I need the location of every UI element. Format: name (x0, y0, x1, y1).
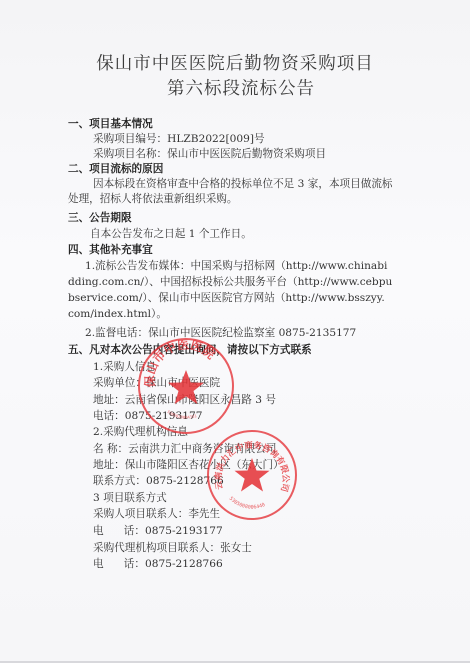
failure-reason-line-2: 处理，招标人将依法重新组织采购。 (68, 192, 238, 207)
purchaser-contact-person: 采购人项目联系人：李先生 (93, 507, 220, 522)
section-3-heading: 三、公告期限 (68, 211, 132, 226)
agency-name: 名 称：云南洪力汇中商务咨询有限公司 (93, 442, 276, 457)
media-line-2: dding.com.cn/）、中国招标投标公共服务平台（http://www.c… (68, 275, 392, 290)
purchaser-address: 地址：云南省保山市隆阳区永昌路 3 号 (93, 393, 276, 408)
section-2-heading: 二、项目流标的原因 (68, 162, 163, 177)
agency-address: 地址：保山市隆阳区杏花小区（东大门） (93, 458, 284, 473)
purchaser-phone: 电话：0875-2193177 (93, 409, 203, 424)
document-title-line-1: 保山市中医医院后勤物资采购项目 (0, 50, 470, 75)
purchaser-unit: 采购单位：保山市中医医院 (93, 376, 220, 391)
purchaser-contact-phone: 电 话：0875-2193177 (93, 524, 223, 539)
document-page: 保山市中医医院后勤物资采购项目 第六标段流标公告 一、项目基本情况 采购项目编号… (0, 0, 470, 663)
purchaser-info-title: 1.采购人信息 (93, 360, 156, 375)
agency-contact-person: 采购代理机构项目联系人：张女士 (93, 541, 252, 556)
document-title-line-2: 第六标段流标公告 (6, 75, 470, 100)
media-line-4: com/index.html）。 (68, 307, 167, 322)
section-1-heading: 一、项目基本情况 (68, 117, 153, 132)
failure-reason-line-1: 因本标段在资格审查中合格的投标单位不足 3 家，本项目做流标 (93, 177, 393, 192)
contacts-title: 3 项目联系方式 (93, 491, 167, 506)
agency-contact: 联系方式：0875-2128766 (93, 474, 224, 489)
project-number: 采购项目编号：HLZB2022[009]号 (93, 132, 265, 147)
section-4-heading: 四、其他补充事宜 (68, 243, 153, 258)
agency-contact-phone: 电 话：0875-2128766 (93, 557, 223, 572)
agency-info-title: 2.采购代理机构信息 (93, 425, 188, 440)
project-name: 采购项目名称：保山市中医医院后勤物资采购项目 (93, 147, 326, 162)
media-line-1: 1.流标公告发布媒体：中国采购与招标网（http://www.chinabi (85, 259, 387, 274)
media-line-3: bservice.com/）、保山市中医医院官方网站（http://www.bs… (68, 291, 385, 306)
svg-text:5305008006440: 5305008006440 (228, 496, 266, 511)
supervision-phone: 2.监督电话：保山市中医医院纪检监察室 0875-2135177 (85, 326, 356, 341)
notice-period: 自本公告发布之日起 1 个工作日。 (90, 227, 252, 242)
section-5-heading: 五、凡对本次公告内容提出询问，请按以下方式联系 (68, 343, 312, 358)
